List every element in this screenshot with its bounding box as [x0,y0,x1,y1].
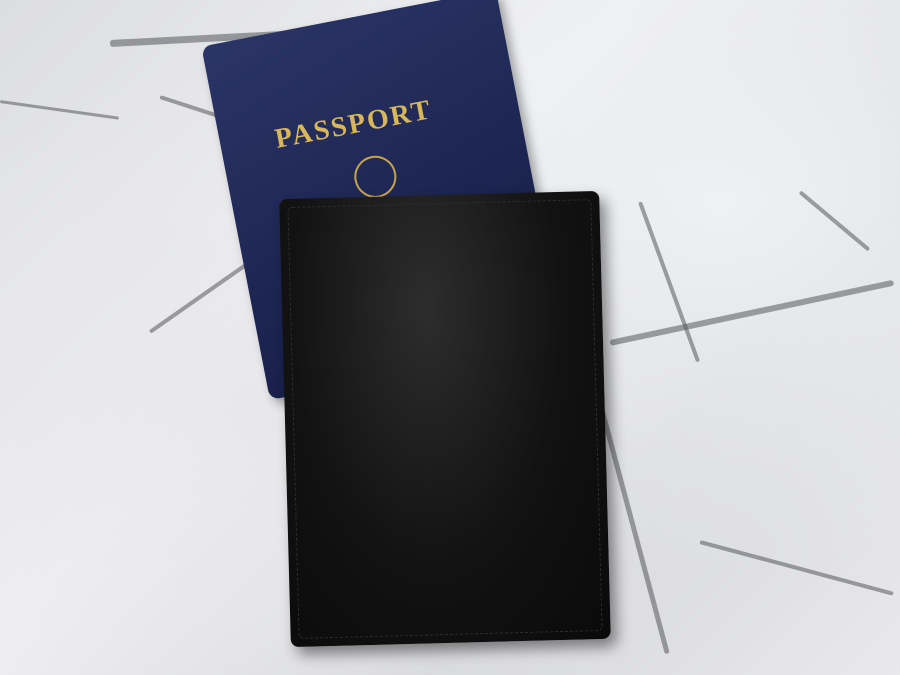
marble-vein [638,201,700,362]
marble-vein [149,262,250,334]
marble-vein [699,540,893,596]
marble-vein [0,100,119,120]
marble-vein [799,190,871,251]
passport-title: PASSPORT [272,94,434,156]
marble-vein [609,280,894,346]
wallet-stitching [287,199,602,639]
passport-seal-icon [351,152,400,201]
leather-passport-wallet [279,191,611,647]
